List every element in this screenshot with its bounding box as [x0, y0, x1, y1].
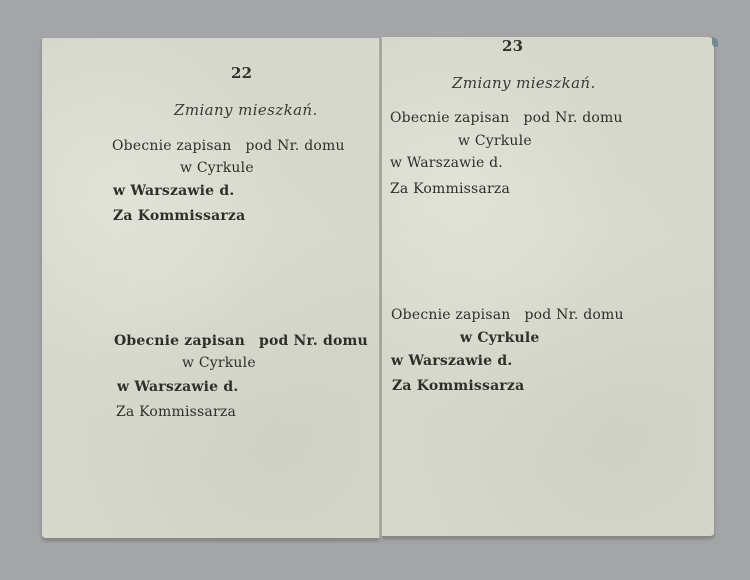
house-number-label: pod Nr. domu: [524, 110, 623, 126]
registered-label: Obecnie zapisan: [112, 138, 232, 154]
entry-line-registered: Obecnie zapisanpod Nr. domu: [114, 333, 368, 349]
house-number-label: pod Nr. domu: [246, 138, 345, 154]
entry-line-commissioner: Za Kommissarza: [392, 378, 524, 394]
entry-line-warsaw-date: w Warszawie d.: [391, 353, 512, 369]
registered-label: Obecnie zapisan: [114, 333, 245, 349]
right-page-heading: Zmiany mieszkań.: [452, 74, 596, 92]
house-number-label: pod Nr. domu: [525, 307, 624, 323]
entry-line-warsaw-date: w Warszawie d.: [390, 155, 503, 171]
entry-line-commissioner: Za Kommissarza: [113, 208, 245, 224]
registered-label: Obecnie zapisan: [391, 307, 511, 323]
entry-line-registered: Obecnie zapisanpod Nr. domu: [391, 307, 624, 323]
right-page-number: 23: [502, 37, 523, 55]
entry-line-registered: Obecnie zapisanpod Nr. domu: [390, 110, 623, 126]
open-booklet: 22 Zmiany mieszkań. Obecnie zapisanpod N…: [0, 0, 750, 580]
left-page-number: 22: [231, 64, 252, 82]
entry-line-district: w Cyrkule: [182, 355, 256, 371]
left-page-heading: Zmiany mieszkań.: [174, 101, 318, 119]
house-number-label: pod Nr. domu: [259, 333, 368, 349]
entry-line-warsaw-date: w Warszawie d.: [117, 379, 238, 395]
entry-line-registered: Obecnie zapisanpod Nr. domu: [112, 138, 345, 154]
entry-line-district: w Cyrkule: [180, 160, 254, 176]
entry-line-commissioner: Za Kommissarza: [116, 404, 236, 420]
entry-line-district: w Cyrkule: [458, 133, 532, 149]
registered-label: Obecnie zapisan: [390, 110, 510, 126]
entry-line-district: w Cyrkule: [460, 330, 539, 346]
entry-line-warsaw-date: w Warszawie d.: [113, 183, 234, 199]
entry-line-commissioner: Za Kommissarza: [390, 181, 510, 197]
